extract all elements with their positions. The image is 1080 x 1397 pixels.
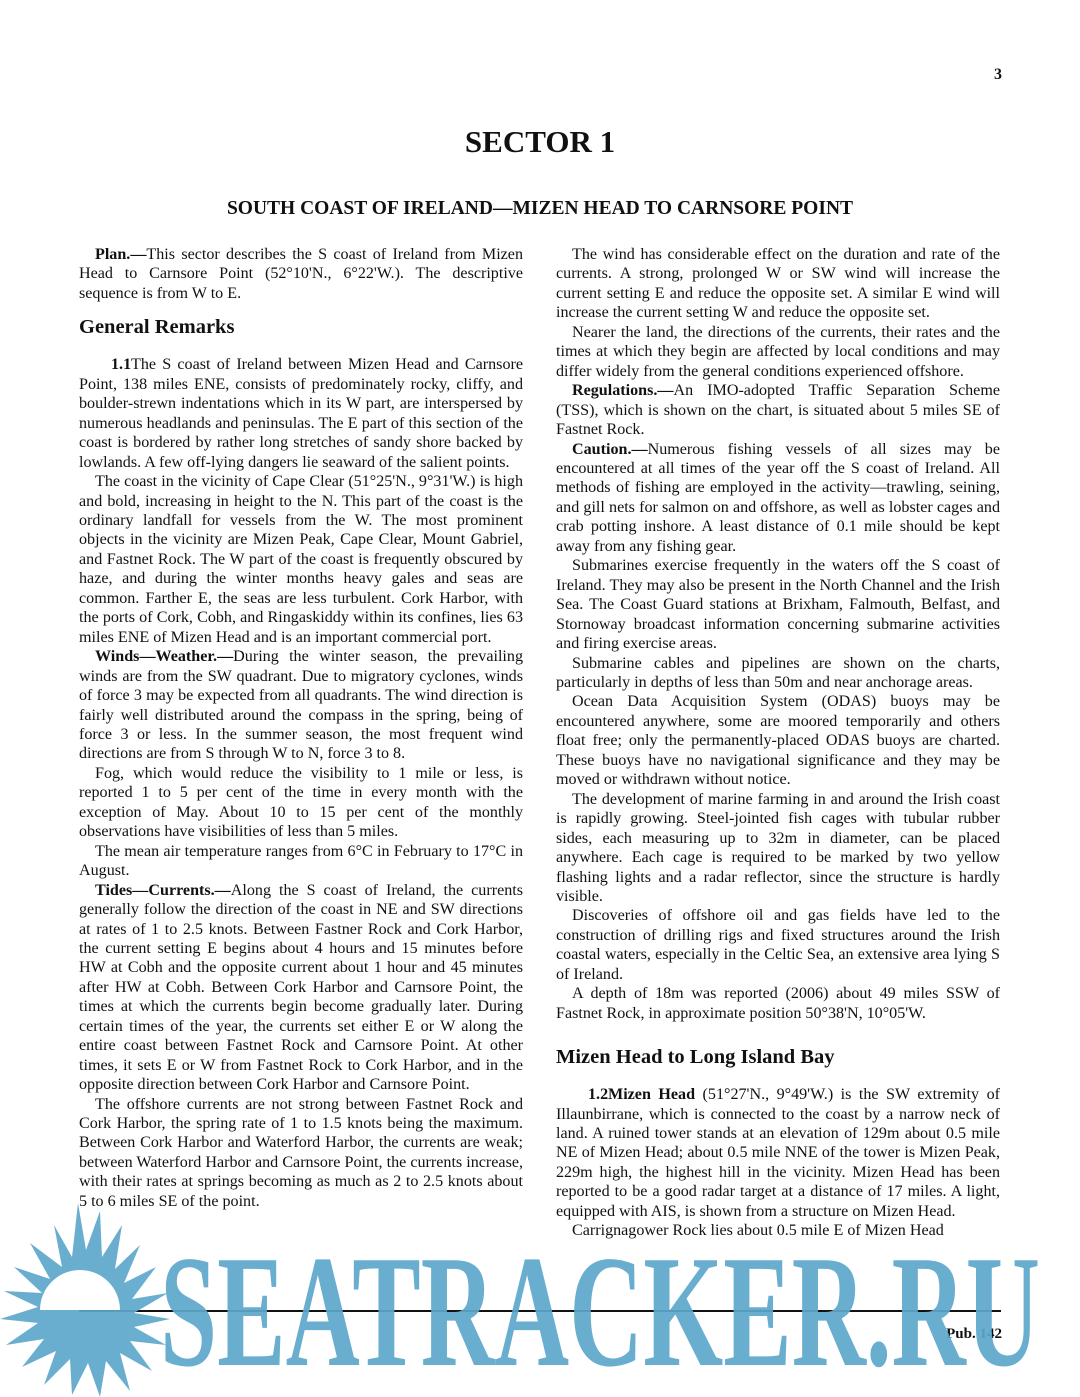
section-number: 1.2 <box>572 1085 608 1104</box>
plan-lead: Plan.— <box>95 246 146 263</box>
depth-report-paragraph: A depth of 18m was reported (2006) about… <box>556 984 1000 1023</box>
paragraph-1-2: 1.2Mizen Head (51°27'N., 9°49'W.) is the… <box>556 1085 1000 1221</box>
footer-rule <box>79 1310 1001 1312</box>
left-column: Plan.—This sector describes the S coast … <box>79 245 523 1211</box>
right-column: The wind has considerable effect on the … <box>556 245 1000 1241</box>
odas-paragraph: Ocean Data Acquisition System (ODAS) buo… <box>556 692 1000 789</box>
oil-gas-paragraph: Discoveries of offshore oil and gas fiel… <box>556 906 1000 984</box>
plan-paragraph: Plan.—This sector describes the S coast … <box>79 245 523 303</box>
sector-title: SECTOR 1 <box>0 124 1080 160</box>
caution-paragraph: Caution.—Numerous fishing vessels of all… <box>556 440 1000 557</box>
regulations-paragraph: Regulations.—An IMO-adopted Traffic Sepa… <box>556 381 1000 439</box>
fog-paragraph: Fog, which would reduce the visibility t… <box>79 764 523 842</box>
nearer-land-paragraph: Nearer the land, the directions of the c… <box>556 323 1000 381</box>
page-number: 3 <box>980 66 1002 84</box>
cables-paragraph: Submarine cables and pipelines are shown… <box>556 654 1000 693</box>
submarines-paragraph: Submarines exercise frequently in the wa… <box>556 556 1000 653</box>
offshore-currents-paragraph: The offshore currents are not strong bet… <box>79 1095 523 1212</box>
temperature-paragraph: The mean air temperature ranges from 6°C… <box>79 842 523 881</box>
tides-currents-paragraph: Tides—Currents.—Along the S coast of Ire… <box>79 881 523 1095</box>
heading-mizen-head: Mizen Head to Long Island Bay <box>556 1045 1000 1069</box>
heading-general-remarks: General Remarks <box>79 315 523 339</box>
wind-effect-paragraph: The wind has considerable effect on the … <box>556 245 1000 323</box>
winds-weather-paragraph: Winds—Weather.—During the winter season,… <box>79 647 523 764</box>
marine-farming-paragraph: The development of marine farming in and… <box>556 790 1000 907</box>
sun-icon <box>0 1203 170 1397</box>
paragraph-1-1: 1.1The S coast of Ireland between Mizen … <box>79 355 523 472</box>
sector-subtitle: SOUTH COAST OF IRELAND—MIZEN HEAD TO CAR… <box>0 198 1080 220</box>
cape-clear-paragraph: The coast in the vicinity of Cape Clear … <box>79 472 523 647</box>
section-number: 1.1 <box>95 355 131 374</box>
carrignagower-paragraph: Carrignagower Rock lies about 0.5 mile E… <box>556 1221 1000 1240</box>
publication-label: Pub. 142 <box>900 1326 1002 1343</box>
